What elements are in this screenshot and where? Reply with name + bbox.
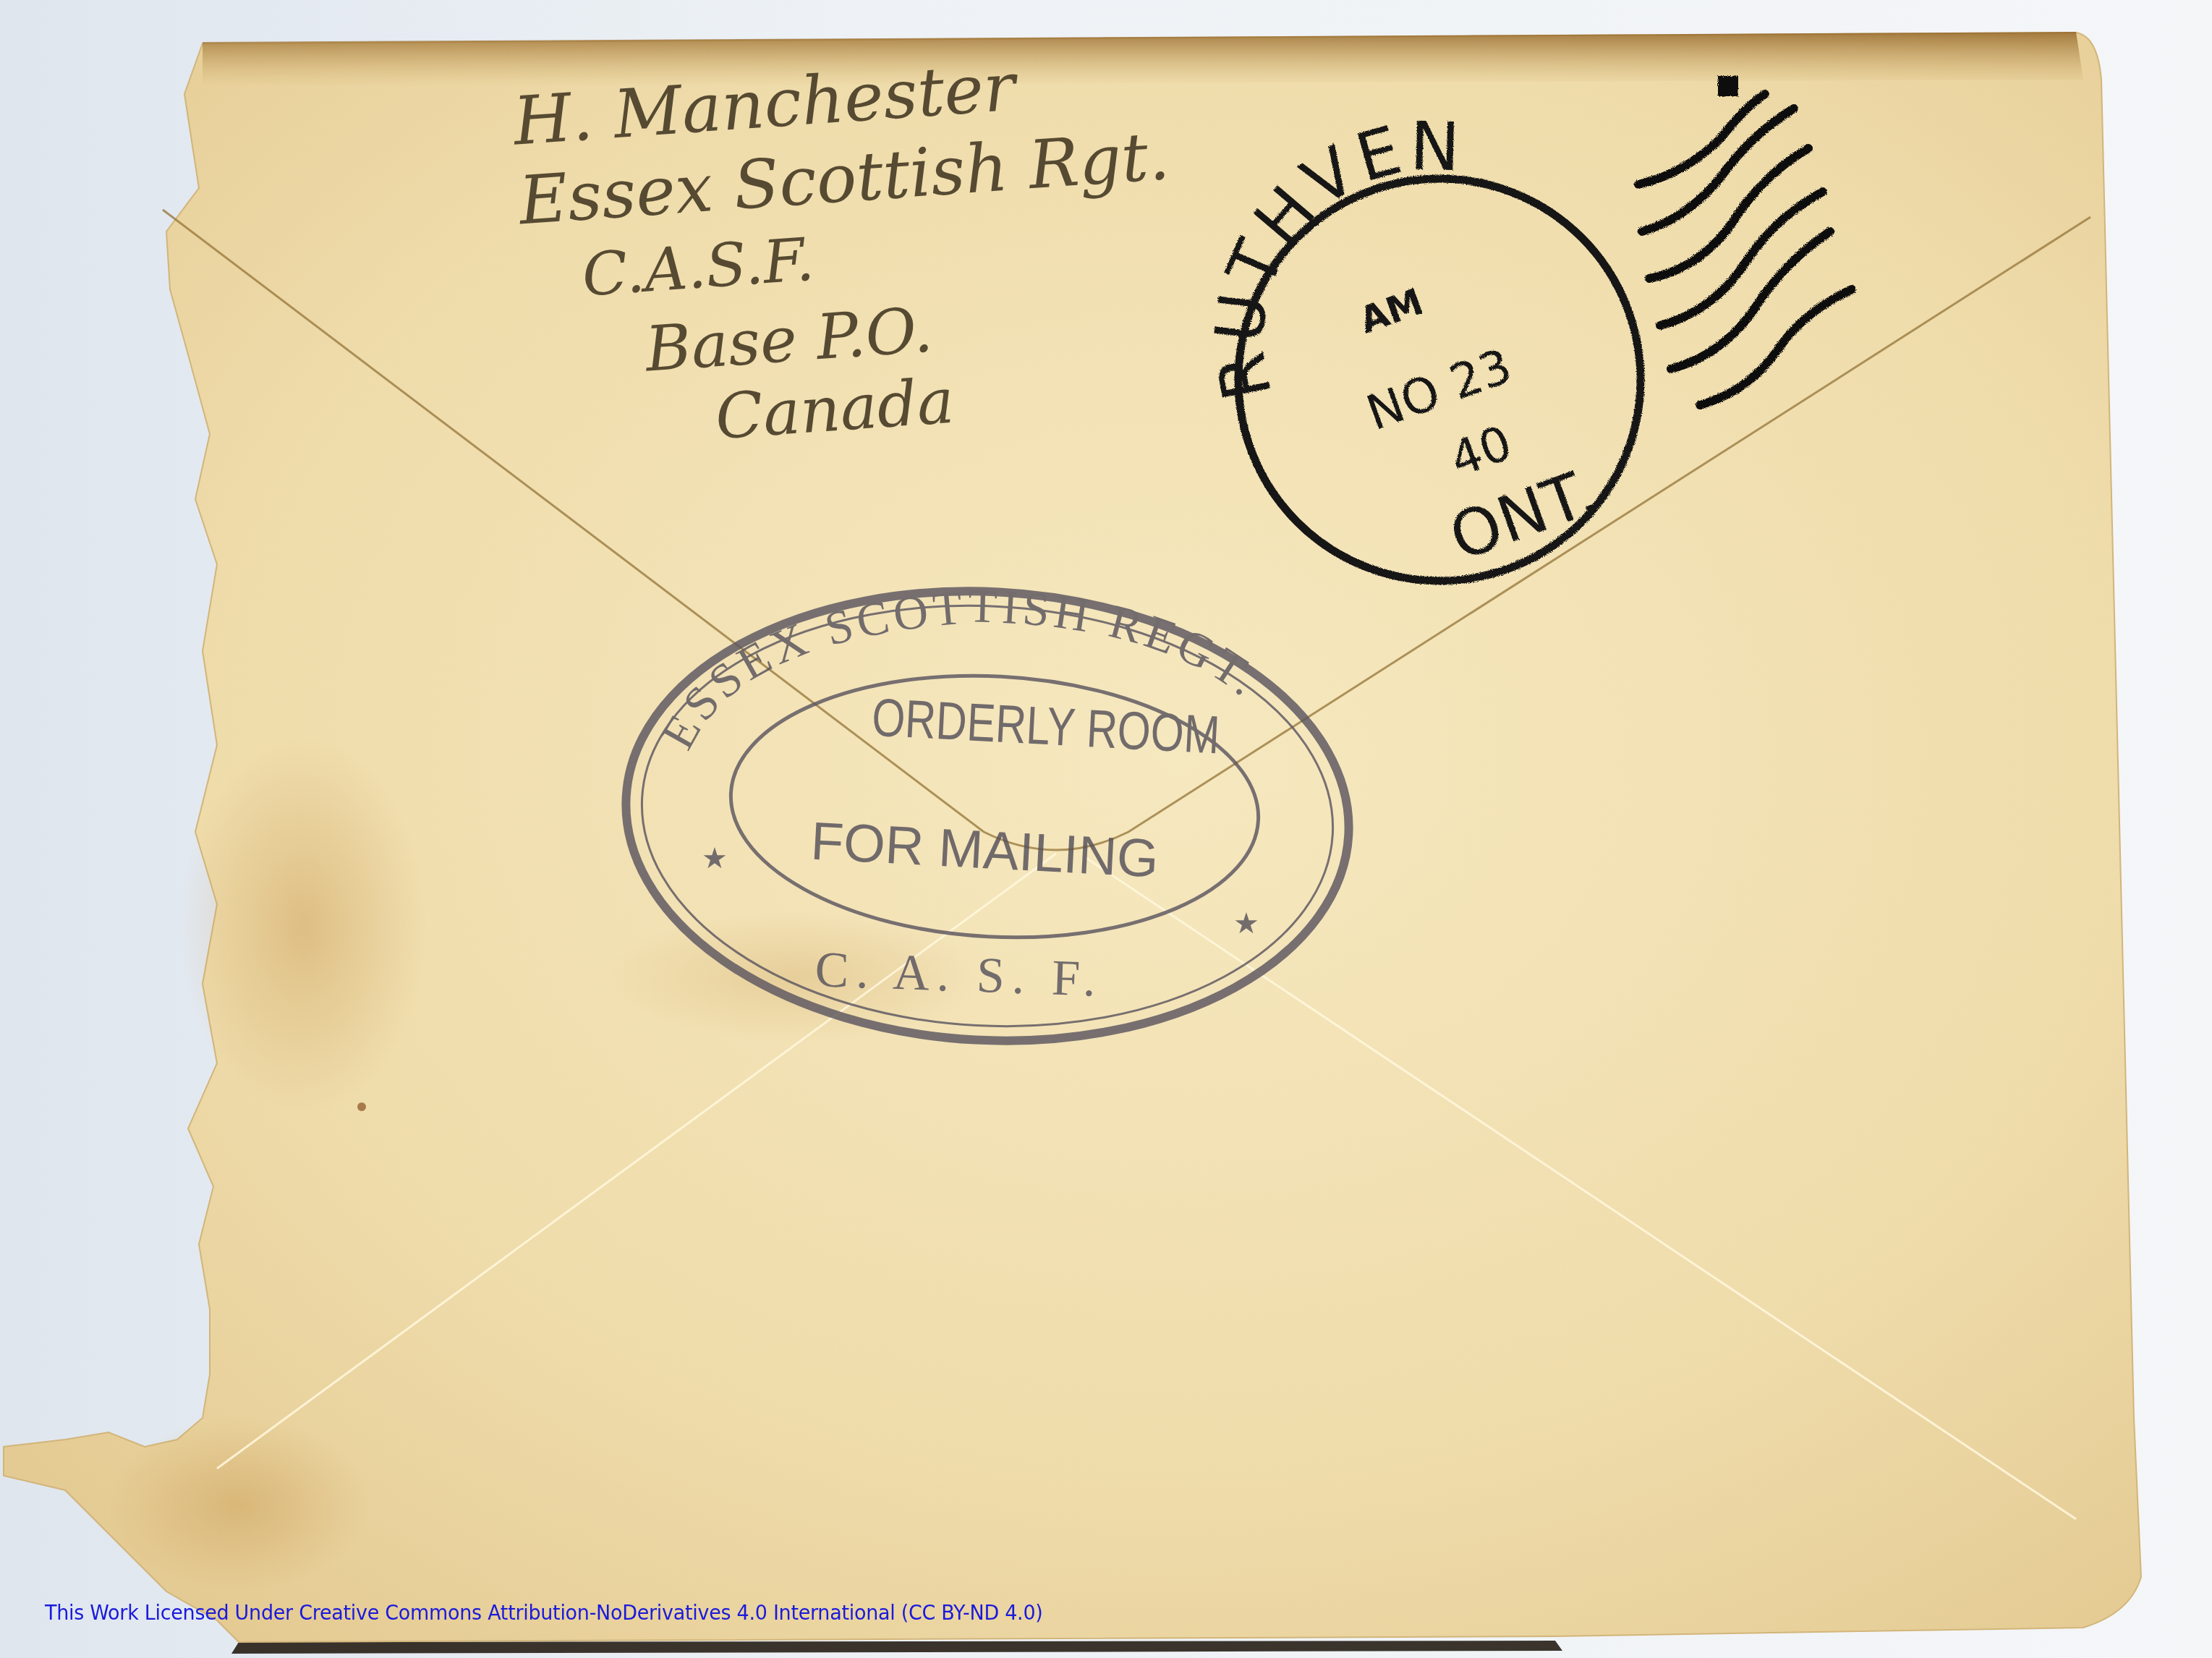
top-edge-stain	[203, 32, 2083, 87]
star-icon: ★	[1233, 907, 1259, 940]
envelope-shadow	[231, 1641, 1562, 1654]
spot	[357, 1102, 366, 1111]
stamp-force-abbrev: C. A. S. F.	[814, 942, 1104, 1008]
envelope: H. Manchester Essex Scottish Rgt. C.A.S.…	[0, 0, 2212, 1658]
stain	[181, 738, 427, 1114]
star-icon: ★	[702, 842, 728, 875]
license-notice: This Work Licensed Under Creative Common…	[45, 1600, 1043, 1625]
stain	[109, 1418, 369, 1591]
